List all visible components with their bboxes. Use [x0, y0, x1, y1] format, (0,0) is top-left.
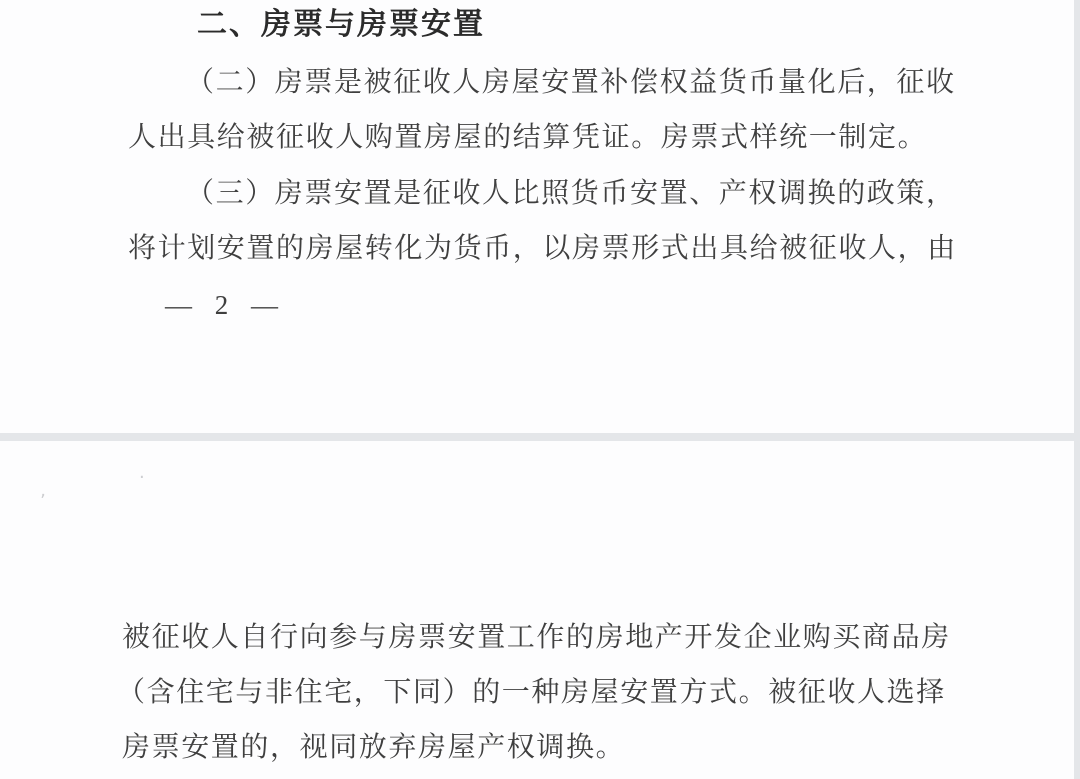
document-page-2: · ʼ 被征收人自行向参与房票安置工作的房地产开发企业购买商品房 （含住宅与非住…: [0, 441, 1074, 779]
body-text-line: 将计划安置的房屋转化为货币，以房票形式出具给被征收人，由: [128, 232, 957, 266]
body-text-line: 人出具给被征收人购置房屋的结算凭证。房票式样统一制定。: [128, 121, 927, 155]
body-text-line: （含住宅与非住宅，下同）的一种房屋安置方式。被征收人选择: [117, 676, 946, 710]
body-text-line: （三）房票安置是征收人比照货币安置、产权调换的政策，: [186, 177, 956, 211]
body-text-line: 房票安置的，视同放弃房屋产权调换。: [122, 731, 625, 765]
document-page-1: 二、房票与房票安置 （二）房票是被征收人房屋安置补偿权益货币量化后，征收 人出具…: [0, 0, 1074, 433]
body-text-line: 被征收人自行向参与房票安置工作的房地产开发企业购买商品房: [122, 621, 951, 655]
section-heading: 二、房票与房票安置: [197, 8, 485, 42]
scan-artifact: ·: [139, 469, 145, 487]
page-number: — 2 —: [165, 289, 278, 321]
body-text-line: （二）房票是被征收人房屋安置补偿权益货币量化后，征收: [186, 66, 956, 100]
document-viewer: 二、房票与房票安置 （二）房票是被征收人房屋安置补偿权益货币量化后，征收 人出具…: [0, 0, 1080, 779]
scan-artifact: ʼ: [40, 493, 46, 511]
